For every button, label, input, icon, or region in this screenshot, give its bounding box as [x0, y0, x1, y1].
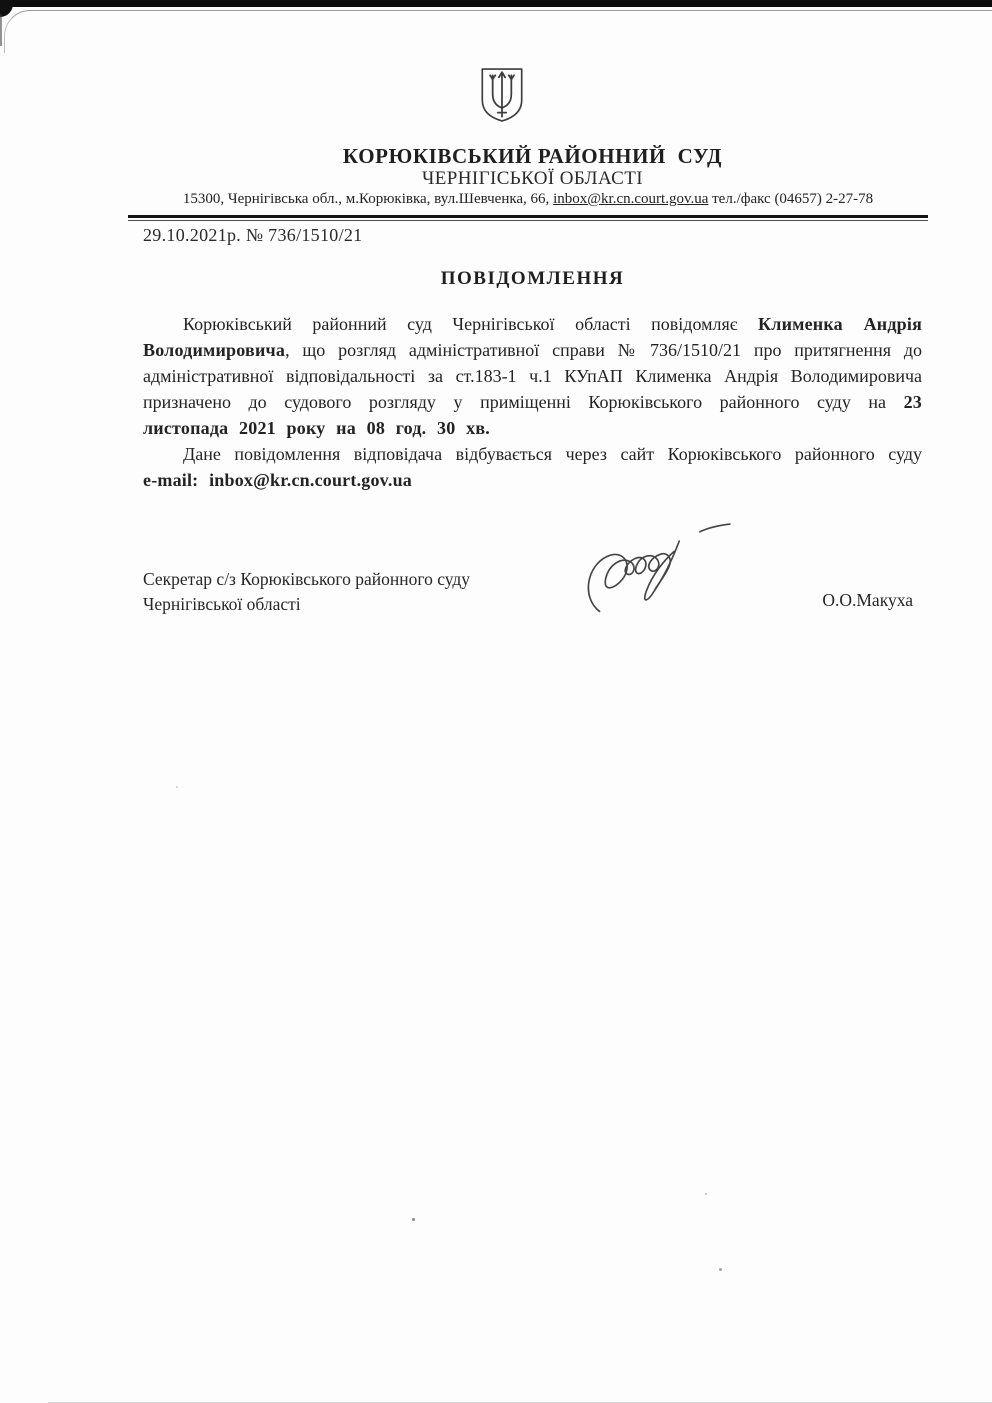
scan-speck: [412, 1218, 415, 1221]
address-suffix: тел./факс (04657) 2-27-78: [708, 191, 873, 207]
document-body: Корюківський районний суд Чернігівської …: [143, 311, 922, 493]
handwritten-signature-image: [583, 518, 733, 623]
scan-edge-artifact-top: [0, 0, 992, 7]
letterhead-divider: [128, 215, 928, 221]
body-paragraph: Дане повідомлення відповідача відбуваєть…: [143, 441, 922, 493]
paper-edge-line: [4, 10, 992, 53]
signatory-role-line2: Чернігівської області: [143, 592, 470, 617]
signatory-role-line1: Секретар с/з Корюківського районного суд…: [143, 567, 470, 592]
signatory-role: Секретар с/з Корюківського районного суд…: [143, 567, 470, 617]
address-prefix: 15300, Чернігівська обл., м.Корюківка, в…: [183, 191, 553, 207]
signatory-name: О.О.Макуха: [822, 590, 913, 611]
scanned-court-notice-page: КОРЮКІВСЬКИЙ РАЙОННИЙ СУД ЧЕРНІГІСЬКОЇ О…: [0, 0, 992, 1403]
date-and-case-number: 29.10.2021р. № 736/1510/21: [143, 225, 362, 246]
court-email: inbox@kr.cn.court.gov.ua: [553, 191, 708, 207]
court-address-line: 15300, Чернігівська обл., м.Корюківка, в…: [128, 191, 928, 208]
body-paragraph: Корюківський районний суд Чернігівської …: [143, 311, 922, 441]
document-title: ПОВІДОМЛЕННЯ: [143, 268, 922, 290]
scan-speck: [705, 1193, 707, 1195]
scan-speck: [719, 1268, 722, 1271]
scan-edge-artifact-left: [0, 14, 2, 46]
court-name: КОРЮКІВСЬКИЙ РАЙОННИЙ СУД: [143, 144, 922, 169]
coat-of-arms-icon: [479, 67, 525, 128]
scan-speck: [176, 786, 178, 788]
court-region: ЧЕРНІГІСЬКОЇ ОБЛАСТІ: [143, 168, 922, 190]
